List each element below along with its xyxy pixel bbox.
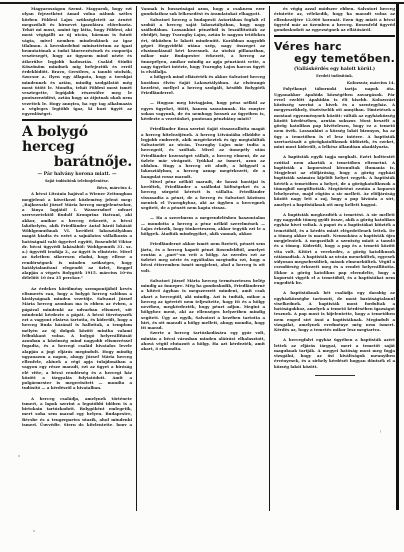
column-3: és végig azzal módszer ebben. Salvatori …	[274, 6, 395, 511]
column-2: Vannak is bosszúságai azon, hogy a csakn…	[141, 6, 265, 511]
section-rule	[274, 35, 395, 37]
newspaper-page: Magyaroszágon Szemt. Magyarok, hogy ezt …	[0, 0, 404, 552]
article-paragraph: A baptisták egyik tagja meghalt. Ezért h…	[274, 154, 395, 207]
article-paragraph: — Hogyan meg hívtagjaim, hogy pénz nélkü…	[141, 100, 265, 121]
continuation-paragraph: és végig azzal módszer ebben. Salvatori …	[274, 6, 395, 32]
headline-line-2: barátnője.	[22, 155, 132, 170]
article-paragraph: Az érdekes körülmény szempontjából kevés…	[22, 286, 132, 391]
section-rule	[22, 119, 132, 121]
headline-line-1: A bolygó herceg	[22, 125, 132, 155]
article-paragraph: Vannak is bosszúságai azon, hogy a csakn…	[141, 6, 265, 17]
scan-speck	[18, 455, 20, 457]
dateline: Kolozsvár, március 14.	[274, 80, 395, 85]
scan-speck	[33, 530, 35, 532]
article-bolygo-herceg: A bolygó herceg barátnője. — Pár halvány…	[22, 125, 132, 426]
subheadline: (Valláskérdés egy halott körül.)	[274, 67, 395, 73]
article-paragraph: — Ha a szerelmem a megrendelésben haszon…	[141, 215, 265, 236]
article-paragraph: Friedländer Rosa szerint Saját visszaval…	[141, 126, 265, 179]
byline: Saját tudósítónk telefonjelentése.	[22, 179, 132, 184]
article-paragraph: Mivel pénz nélkül maradt, de hozzá barát…	[141, 179, 265, 211]
article-paragraph: Friedländerné akkor ismét nem fizetett, …	[141, 241, 265, 273]
article-paragraph: Szerte a herceg tartózkodására egy gyár …	[141, 330, 265, 351]
byline: Eredeti tudósítónk.	[274, 74, 395, 79]
article-paragraph: Salvatori herceg a budapesti Astoriában …	[141, 17, 265, 75]
article-paragraph: A baptisták megkezdték a temetést. A sír…	[274, 212, 395, 286]
continuation-paragraph: Magyaroszágon Szemt. Magyarok, hogy ezt …	[22, 6, 132, 116]
dateline: Bécs, március 4.	[22, 185, 132, 190]
column-divider-2	[269, 6, 270, 511]
column-divider-1	[136, 6, 137, 511]
top-rule	[0, 2, 404, 4]
article-paragraph: a hölgyek mind elkísérték és akkor Salva…	[141, 74, 265, 95]
article-paragraph: Salvatori József Mária herceg természete…	[141, 278, 265, 331]
article-paragraph: A hercegfalvi egyház ügyében a baptisták…	[274, 337, 395, 369]
article-paragraph: A baptistáknak hét családja egy darabig …	[274, 290, 395, 332]
article-paragraph: A bécsi Litvánia hajóval a Wiener Zeitun…	[22, 191, 132, 280]
column-1: Magyaroszágon Szemt. Magyarok, hogy ezt …	[22, 6, 132, 426]
subheadline: — Pár halvány korona miatt. —	[22, 172, 132, 178]
article-paragraph: Folyékonyt tábornoki tartja napok óta. U…	[274, 86, 395, 149]
article-paragraph: A herceg családja, amelynek története is…	[22, 396, 132, 427]
right-border	[396, 4, 399, 510]
article-end-rule	[315, 375, 355, 376]
headline-line-2: egy temetőben.	[274, 53, 395, 65]
article-veres-harc: Véres harc egy temetőben. (Valláskérdés …	[274, 41, 395, 376]
scan-speck	[380, 430, 381, 433]
